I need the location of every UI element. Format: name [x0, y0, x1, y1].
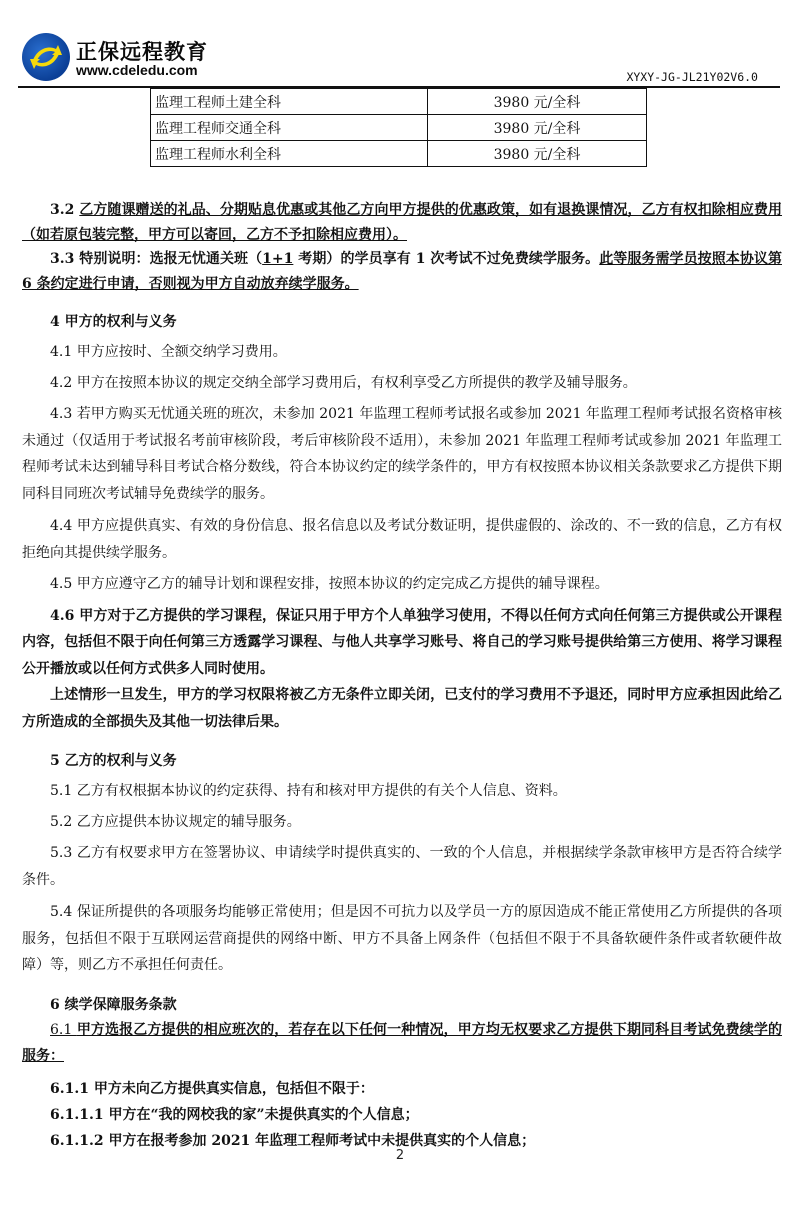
- clause-text: 特别说明：选报无忧通关班（: [79, 251, 262, 267]
- clause-4-1: 4.1 甲方应按时、全额交纳学习费用。: [22, 340, 782, 365]
- page-header: 正保远程教育 www.cdeledu.com XYXY-JG-JL21Y02V6…: [0, 0, 800, 90]
- clause-5-4: 5.4 保证所提供的各项服务均能够正常使用；但是因不可抗力以及学员一方的原因造成…: [22, 899, 782, 979]
- clause-6-1-1: 6.1.1 甲方未向乙方提供真实信息，包括但不限于：: [22, 1076, 782, 1102]
- clause-text: 考期）的学员享有 1 次考试不过免费续学服务。: [293, 251, 599, 267]
- clause-number: 3.2: [50, 202, 79, 218]
- clause-4-6-consequence: 上述情形一旦发生，甲方的学习权限将被乙方无条件立即关闭，已支付的学习费用不予退还…: [22, 682, 782, 735]
- clause-5-1: 5.1 乙方有权根据本协议的约定获得、持有和核对甲方提供的有关个人信息、资料。: [22, 779, 782, 804]
- section-heading-6: 6 续学保障服务条款: [22, 993, 782, 1017]
- price-cell: 3980 元/全科: [428, 89, 647, 115]
- clause-4-6: 4.6 甲方对于乙方提供的学习课程，保证只用于甲方个人单独学习使用，不得以任何方…: [22, 603, 782, 683]
- clause-text: 乙方随课赠送的礼品、分期贴息优惠或其他乙方向甲方提供的优惠政策，如有退换课情况，…: [22, 202, 782, 243]
- section-heading-4: 4 甲方的权利与义务: [22, 310, 782, 334]
- course-cell: 监理工程师土建全科: [151, 89, 428, 115]
- course-cell: 监理工程师水利全科: [151, 141, 428, 167]
- table-row: 监理工程师水利全科 3980 元/全科: [151, 141, 647, 167]
- clause-5-2: 5.2 乙方应提供本协议规定的辅导服务。: [22, 810, 782, 835]
- clause-number: 3.3: [50, 251, 79, 267]
- fee-table: 监理工程师土建全科 3980 元/全科 监理工程师交通全科 3980 元/全科 …: [150, 88, 647, 167]
- clause-4-5: 4.5 甲方应遵守乙方的辅导计划和课程安排，按照本协议的约定完成乙方提供的辅导课…: [22, 572, 782, 597]
- clause-4-3: 4.3 若甲方购买无忧通关班的班次，未参加 2021 年监理工程师考试报名或参加…: [22, 401, 782, 507]
- clause-4-2: 4.2 甲方在按照本协议的规定交纳全部学习费用后，有权利享受乙方所提供的教学及辅…: [22, 371, 782, 396]
- document-body: 3.2 乙方随课赠送的礼品、分期贴息优惠或其他乙方向甲方提供的优惠政策，如有退换…: [22, 198, 782, 1154]
- clause-text: 甲方选报乙方提供的相应班次的，若存在以下任何一种情况，甲方均无权要求乙方提供下期…: [22, 1022, 782, 1065]
- clause-text: 1+1: [262, 251, 293, 267]
- clause-3-2: 3.2 乙方随课赠送的礼品、分期贴息优惠或其他乙方向甲方提供的优惠政策，如有退换…: [22, 198, 782, 247]
- clause-6-1: 6.1 甲方选报乙方提供的相应班次的，若存在以下任何一种情况，甲方均无权要求乙方…: [22, 1017, 782, 1070]
- clause-5-3: 5.3 乙方有权要求甲方在签署协议、申请续学时提供真实的、一致的个人信息，并根据…: [22, 840, 782, 893]
- course-cell: 监理工程师交通全科: [151, 115, 428, 141]
- table-row: 监理工程师交通全科 3980 元/全科: [151, 115, 647, 141]
- clause-4-4: 4.4 甲方应提供真实、有效的身份信息、报名信息以及考试分数证明，提供虚假的、涂…: [22, 513, 782, 566]
- brand-url: www.cdeledu.com: [76, 62, 198, 78]
- price-cell: 3980 元/全科: [428, 141, 647, 167]
- clause-number: 6.1: [50, 1022, 77, 1038]
- swirl-logo-icon: [22, 33, 70, 81]
- price-cell: 3980 元/全科: [428, 115, 647, 141]
- table-row: 监理工程师土建全科 3980 元/全科: [151, 89, 647, 115]
- clause-6-1-1-1: 6.1.1.1 甲方在“我的网校我的家”未提供真实的个人信息；: [22, 1102, 782, 1128]
- section-heading-5: 5 乙方的权利与义务: [22, 749, 782, 773]
- clause-3-3: 3.3 特别说明：选报无忧通关班（1+1 考期）的学员享有 1 次考试不过免费续…: [22, 247, 782, 296]
- document-code: XYXY-JG-JL21Y02V6.0: [626, 70, 758, 84]
- page-number: 2: [0, 1148, 800, 1163]
